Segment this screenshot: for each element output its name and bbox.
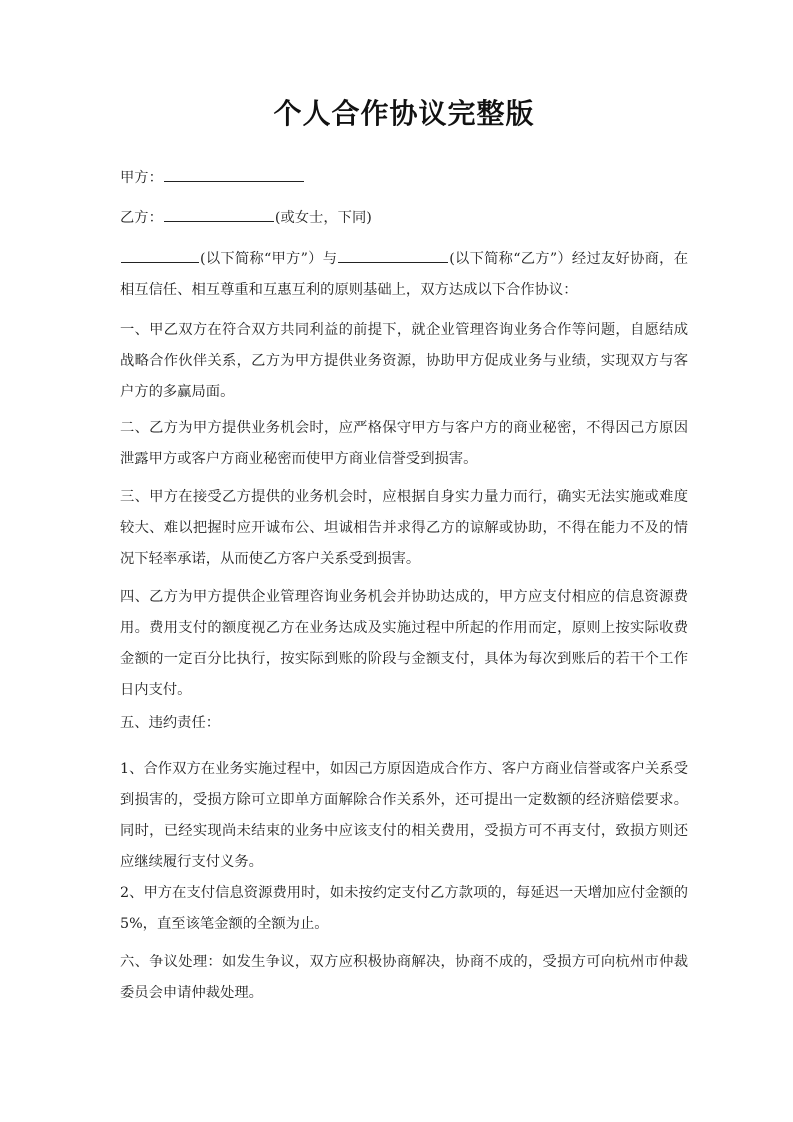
party-b-line: 乙方：(或女士，下同) <box>120 203 688 234</box>
clause-5-item-1: 1、合作双方在业务实施过程中，如因己方原因造成合作方、客户方商业信誉或客户关系受… <box>120 754 688 878</box>
clause-6: 六、争议处理：如发生争议，双方应积极协商解决，协商不成的，受损方可向杭州市仲裁委… <box>120 947 688 1009</box>
party-a-line: 甲方： <box>120 163 688 194</box>
intro-party-b-blank[interactable] <box>338 247 448 263</box>
clause-4: 四、乙方为甲方提供企业管理咨询业务机会并协助达成的，甲方应支付相应的信息资源费用… <box>120 582 688 706</box>
clause-5-item-2: 2、甲方在支付信息资源费用时，如未按约定支付乙方款项的，每延迟一天增加应付金额的… <box>120 878 688 940</box>
party-a-blank[interactable] <box>164 166 304 182</box>
party-a-label: 甲方： <box>120 170 163 186</box>
intro-party-a-blank[interactable] <box>121 247 199 263</box>
document-title: 个人合作协议完整版 <box>120 94 688 134</box>
clause-1: 一、甲乙双方在符合双方共同利益的前提下，就企业管理咨询业务合作等问题，自愿结成战… <box>120 315 688 408</box>
party-b-label: 乙方： <box>120 210 163 226</box>
party-b-suffix: (或女士，下同) <box>275 210 372 226</box>
clause-5-heading: 五、违约责任： <box>120 708 688 739</box>
clause-3: 三、甲方在接受乙方提供的业务机会时，应根据自身实力量力而行，确实无法实施或难度较… <box>120 482 688 575</box>
intro-paragraph: (以下简称“甲方”）与(以下简称“乙方”）经过友好协商，在相互信任、相互尊重和互… <box>120 244 688 306</box>
party-b-blank[interactable] <box>164 206 274 222</box>
intro-text-part1: (以下简称“甲方”）与 <box>200 251 337 267</box>
clause-2: 二、乙方为甲方提供业务机会时，应严格保守甲方与客户方的商业秘密，不得因己方原因泄… <box>120 413 688 475</box>
